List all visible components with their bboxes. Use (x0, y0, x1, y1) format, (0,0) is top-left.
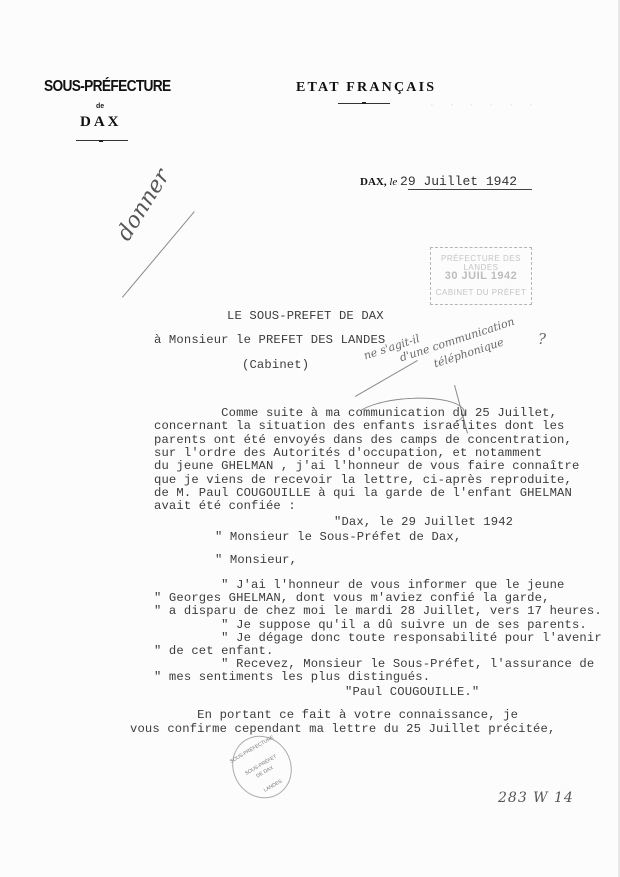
quoted-line: " Recevez, Monsieur le Sous-Préfet, l'as… (154, 657, 594, 671)
stamp-date: 30 JUIL 1942 (431, 270, 531, 282)
body-line: du jeune GHELMAN , j'ai l'honneur de vou… (154, 459, 579, 473)
side-note-question-mark: ? (538, 330, 546, 348)
quoted-dateline: "Dax, le 29 Juillet 1942 (334, 515, 513, 529)
archive-reference: 283 W 14 (498, 790, 574, 806)
date-value: 29 Juillet 1942 (400, 174, 517, 189)
body-line: parents ont été envoyés dans des camps d… (154, 433, 572, 447)
date-line: DAX, le 29 Juillet 1942 (360, 174, 517, 189)
quoted-line: " Je dégage donc toute responsabilité po… (154, 631, 602, 645)
letterhead-sous-prefecture: SOUS-PRÉFECTURE (44, 78, 171, 96)
letterhead-etat-francais: ETAT FRANÇAIS (296, 80, 436, 96)
date-prefix: DAX, le (360, 176, 400, 188)
stamp-line-3: CABINET DU PRÉFET (431, 288, 531, 297)
margin-handwriting: donner (112, 165, 175, 245)
round-stamp: SOUS-PRÉFECTURE SOUS-PRÉFET DE DAX LANDE… (221, 725, 303, 809)
quoted-line: " de cet enfant. (154, 644, 273, 658)
body-line: que je viens de recevoir la lettre, ci-a… (154, 473, 572, 487)
quoted-salutation: " Monsieur, (215, 553, 297, 567)
body-line: de M. Paul COUGOUILLE à qui la garde de … (154, 486, 572, 500)
body-line: avait été confiée : (154, 499, 296, 513)
received-stamp: PRÉFECTURE DES LANDES 30 JUIL 1942 CABIN… (430, 247, 532, 305)
side-note-pointer (355, 360, 418, 397)
body-line: Comme suite à ma communication du 25 Jui… (154, 406, 557, 420)
quoted-line: " Georges GHELMAN, dont vous m'aviez con… (154, 591, 550, 605)
bleed-through-text: · · · · · · (290, 100, 534, 112)
document-page: SOUS-PRÉFECTURE de DAX ETAT FRANÇAIS · ·… (0, 0, 620, 877)
quoted-signature: "Paul COUGOUILLE." (345, 685, 479, 699)
sender-line: LE SOUS-PREFET DE DAX (227, 309, 384, 323)
letterhead-city: DAX (80, 114, 122, 131)
quoted-salutation-to: " Monsieur le Sous-Préfet de Dax, (215, 530, 461, 544)
recipient-department: (Cabinet) (242, 358, 309, 372)
quoted-line: " a disparu de chez moi le mardi 28 Juil… (154, 604, 602, 618)
closing-line: En portant ce fait à votre connaissance,… (130, 708, 518, 722)
quoted-line: " mes sentiments les plus distingués. (154, 670, 430, 684)
date-underline (408, 189, 532, 190)
quoted-line: " J'ai l'honneur de vous informer que le… (154, 578, 565, 592)
body-line: concernant la situation des enfants isra… (154, 419, 565, 433)
letterhead-de: de (96, 103, 104, 110)
letterhead-rule-dot-left (99, 140, 103, 142)
quoted-line: " Je suppose qu'il a dû suivre un de ses… (154, 618, 587, 632)
recipient-line: à Monsieur le PREFET DES LANDES (154, 333, 385, 347)
body-line: sur l'ordre des Autorités d'occupation, … (154, 446, 542, 460)
closing-line: vous confirme cependant ma lettre du 25 … (130, 722, 555, 736)
